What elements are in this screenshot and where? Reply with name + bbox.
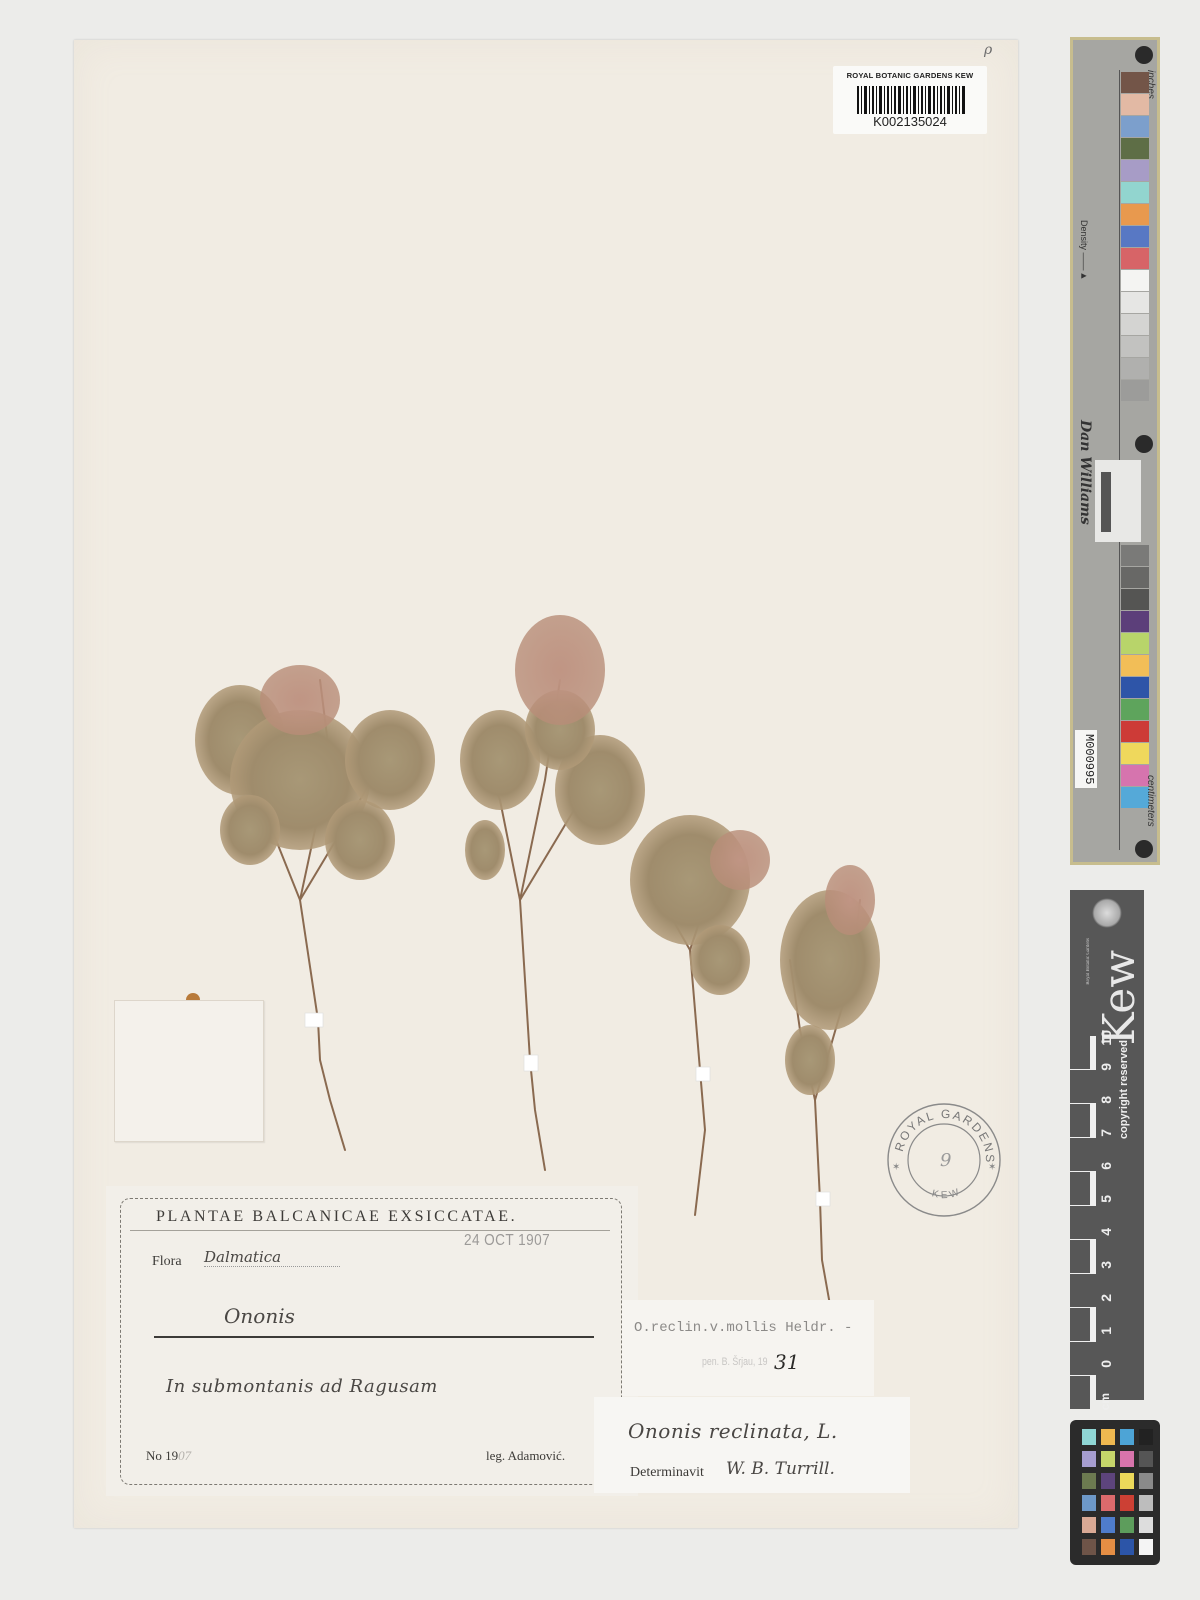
scale-tick-label: 5 <box>1098 1195 1116 1203</box>
scale-tick-label: 8 <box>1098 1096 1116 1104</box>
color-patch <box>1121 380 1149 401</box>
checker-swatch <box>1120 1495 1134 1511</box>
scale-segment <box>1090 1342 1096 1375</box>
svg-text:9: 9 <box>940 1150 951 1171</box>
locality-text: In submontanis ad Ragusam <box>166 1376 438 1397</box>
color-patch <box>1121 226 1149 247</box>
flora-label: Flora <box>152 1254 182 1270</box>
flora-value: Dalmatica <box>204 1248 340 1267</box>
variety-name: O.reclin.v.mollis Heldr. - <box>634 1320 852 1336</box>
color-calibration-ruler: inches Density ——► Dan Williams M000995 … <box>1070 37 1160 865</box>
ruler-density-label: Density ——► <box>1079 220 1089 281</box>
ruler-top-patches <box>1121 72 1149 402</box>
color-patch <box>1121 270 1149 291</box>
scale-unit-label: cm <box>1098 1393 1116 1410</box>
color-patch <box>1121 182 1149 203</box>
checker-swatch <box>1101 1539 1115 1555</box>
color-checker-card <box>1070 1420 1160 1565</box>
received-date-stamp: 24 OCT 1907 <box>464 1232 550 1250</box>
color-patch <box>1121 699 1149 720</box>
color-patch <box>1121 94 1149 115</box>
scale-segment <box>1070 1240 1090 1273</box>
cm-scale <box>1070 1036 1096 1400</box>
scale-tick-label: 0 <box>1098 1360 1116 1368</box>
checker-swatch <box>1139 1539 1153 1555</box>
color-patch <box>1121 358 1149 379</box>
genus-name: Ononis <box>224 1304 295 1328</box>
checker-swatch <box>1082 1517 1096 1533</box>
ruler-cm-label: centimeters <box>1145 775 1156 827</box>
royal-gardens-stamp-icon: ROYAL GARDENS KEW ✶ ✶ 9 <box>884 1100 1004 1220</box>
number-suffix: 07 <box>178 1448 191 1463</box>
color-patch <box>1121 292 1149 313</box>
checker-swatch <box>1082 1473 1096 1489</box>
collection-number: No 1907 <box>146 1448 191 1464</box>
determinavit-label: Determinavit <box>630 1465 704 1481</box>
color-patch <box>1121 116 1149 137</box>
kew-scale-bar: Royal Botanic Gardens Kew copyright rese… <box>1070 890 1144 1400</box>
scale-segment <box>1090 1206 1096 1239</box>
scale-segment <box>1070 1172 1090 1205</box>
determined-taxon: Ononis reclinata, L. <box>628 1419 838 1443</box>
color-patch <box>1121 721 1149 742</box>
scale-tick-label: 10 <box>1098 1030 1116 1046</box>
scale-tick-label: 7 <box>1098 1129 1116 1137</box>
checker-swatch <box>1139 1429 1153 1445</box>
ruler-hole-middle <box>1135 435 1153 453</box>
copyright-text: copyright reserved <box>1118 1040 1130 1139</box>
color-patch <box>1121 545 1149 566</box>
scale-tick-label: 4 <box>1098 1228 1116 1236</box>
checker-swatch <box>1101 1451 1115 1467</box>
series-title: PLANTAE BALCANICAE EXSICCATAE. <box>156 1208 517 1226</box>
color-patch <box>1121 743 1149 764</box>
collection-label: PLANTAE BALCANICAE EXSICCATAE. 24 OCT 19… <box>106 1186 638 1496</box>
color-patch <box>1121 655 1149 676</box>
ruler-brand: Dan Williams <box>1077 420 1093 525</box>
svg-text:KEW: KEW <box>931 1186 964 1201</box>
ruler-gray-card <box>1095 460 1141 542</box>
determination-label: Ononis reclinata, L. Determinavit W. B. … <box>594 1397 910 1493</box>
checker-swatch <box>1101 1429 1115 1445</box>
scale-segment <box>1070 1070 1090 1103</box>
checker-swatch <box>1139 1451 1153 1467</box>
scale-tick-label: 1 <box>1098 1327 1116 1335</box>
checker-swatch <box>1120 1429 1134 1445</box>
label-divider <box>130 1230 610 1231</box>
kew-crest-icon <box>1092 898 1122 928</box>
kew-subtitle: Royal Botanic Gardens <box>1086 938 1091 985</box>
color-patch <box>1121 314 1149 335</box>
genus-underline <box>154 1336 594 1338</box>
color-patch <box>1121 677 1149 698</box>
checker-swatch <box>1139 1517 1153 1533</box>
corner-annotation: ρ <box>984 42 992 58</box>
checker-swatch <box>1120 1473 1134 1489</box>
color-patch <box>1121 633 1149 654</box>
color-patch <box>1121 72 1149 93</box>
checker-swatch <box>1139 1473 1153 1489</box>
checker-swatch <box>1082 1539 1096 1555</box>
color-patch <box>1121 138 1149 159</box>
checker-swatch <box>1120 1517 1134 1533</box>
scale-segment <box>1070 1308 1090 1341</box>
scale-segment <box>1070 1036 1090 1069</box>
color-patch <box>1121 567 1149 588</box>
determiner-name: W. B. Turrill. <box>726 1459 835 1479</box>
collector: leg. Adamović. <box>486 1448 565 1464</box>
scale-segment <box>1070 1342 1090 1375</box>
variety-label: O.reclin.v.mollis Heldr. - pen. B. Šrjau… <box>622 1300 874 1396</box>
ruler-hole-bottom <box>1135 840 1153 858</box>
checker-swatch <box>1082 1429 1096 1445</box>
institution-barcode-label: ROYAL BOTANIC GARDENS KEW K002135024 <box>833 66 987 134</box>
variety-determiner: pen. B. Šrjau, 19 <box>702 1356 768 1368</box>
scale-segment <box>1070 1104 1090 1137</box>
checker-swatch <box>1101 1473 1115 1489</box>
scale-tick-label: 3 <box>1098 1261 1116 1269</box>
number-label: No 19 <box>146 1448 178 1463</box>
scale-segment <box>1090 1138 1096 1171</box>
ruler-hole-top <box>1135 46 1153 64</box>
scale-segment <box>1090 1070 1096 1103</box>
scale-tick-label: 2 <box>1098 1294 1116 1302</box>
scale-segment <box>1070 1206 1090 1239</box>
scale-segment <box>1070 1274 1090 1307</box>
svg-text:✶: ✶ <box>892 1162 900 1173</box>
fragment-packet[interactable] <box>114 1000 264 1142</box>
checker-swatch <box>1101 1495 1115 1511</box>
checker-swatch <box>1082 1451 1096 1467</box>
scale-segment <box>1070 1376 1090 1409</box>
barcode-number: K002135024 <box>833 114 987 129</box>
checker-swatch <box>1139 1495 1153 1511</box>
color-patch <box>1121 204 1149 225</box>
ruler-model-id: M000995 <box>1075 730 1097 788</box>
svg-text:✶: ✶ <box>988 1162 996 1173</box>
checker-swatch <box>1120 1451 1134 1467</box>
color-patch <box>1121 589 1149 610</box>
checker-swatch <box>1082 1495 1096 1511</box>
color-patch <box>1121 160 1149 181</box>
scale-segment <box>1070 1138 1090 1171</box>
scale-segment <box>1090 1274 1096 1307</box>
checker-swatch <box>1120 1539 1134 1555</box>
barcode-icon <box>857 86 965 114</box>
variety-number: 31 <box>774 1350 799 1374</box>
scale-tick-label: 9 <box>1098 1063 1116 1071</box>
checker-swatch <box>1101 1517 1115 1533</box>
color-patch <box>1121 336 1149 357</box>
color-patch <box>1121 611 1149 632</box>
color-patch <box>1121 248 1149 269</box>
institution-name: ROYAL BOTANIC GARDENS KEW <box>833 71 987 80</box>
ruler-bottom-patches <box>1121 545 1149 809</box>
scale-tick-label: 6 <box>1098 1162 1116 1170</box>
